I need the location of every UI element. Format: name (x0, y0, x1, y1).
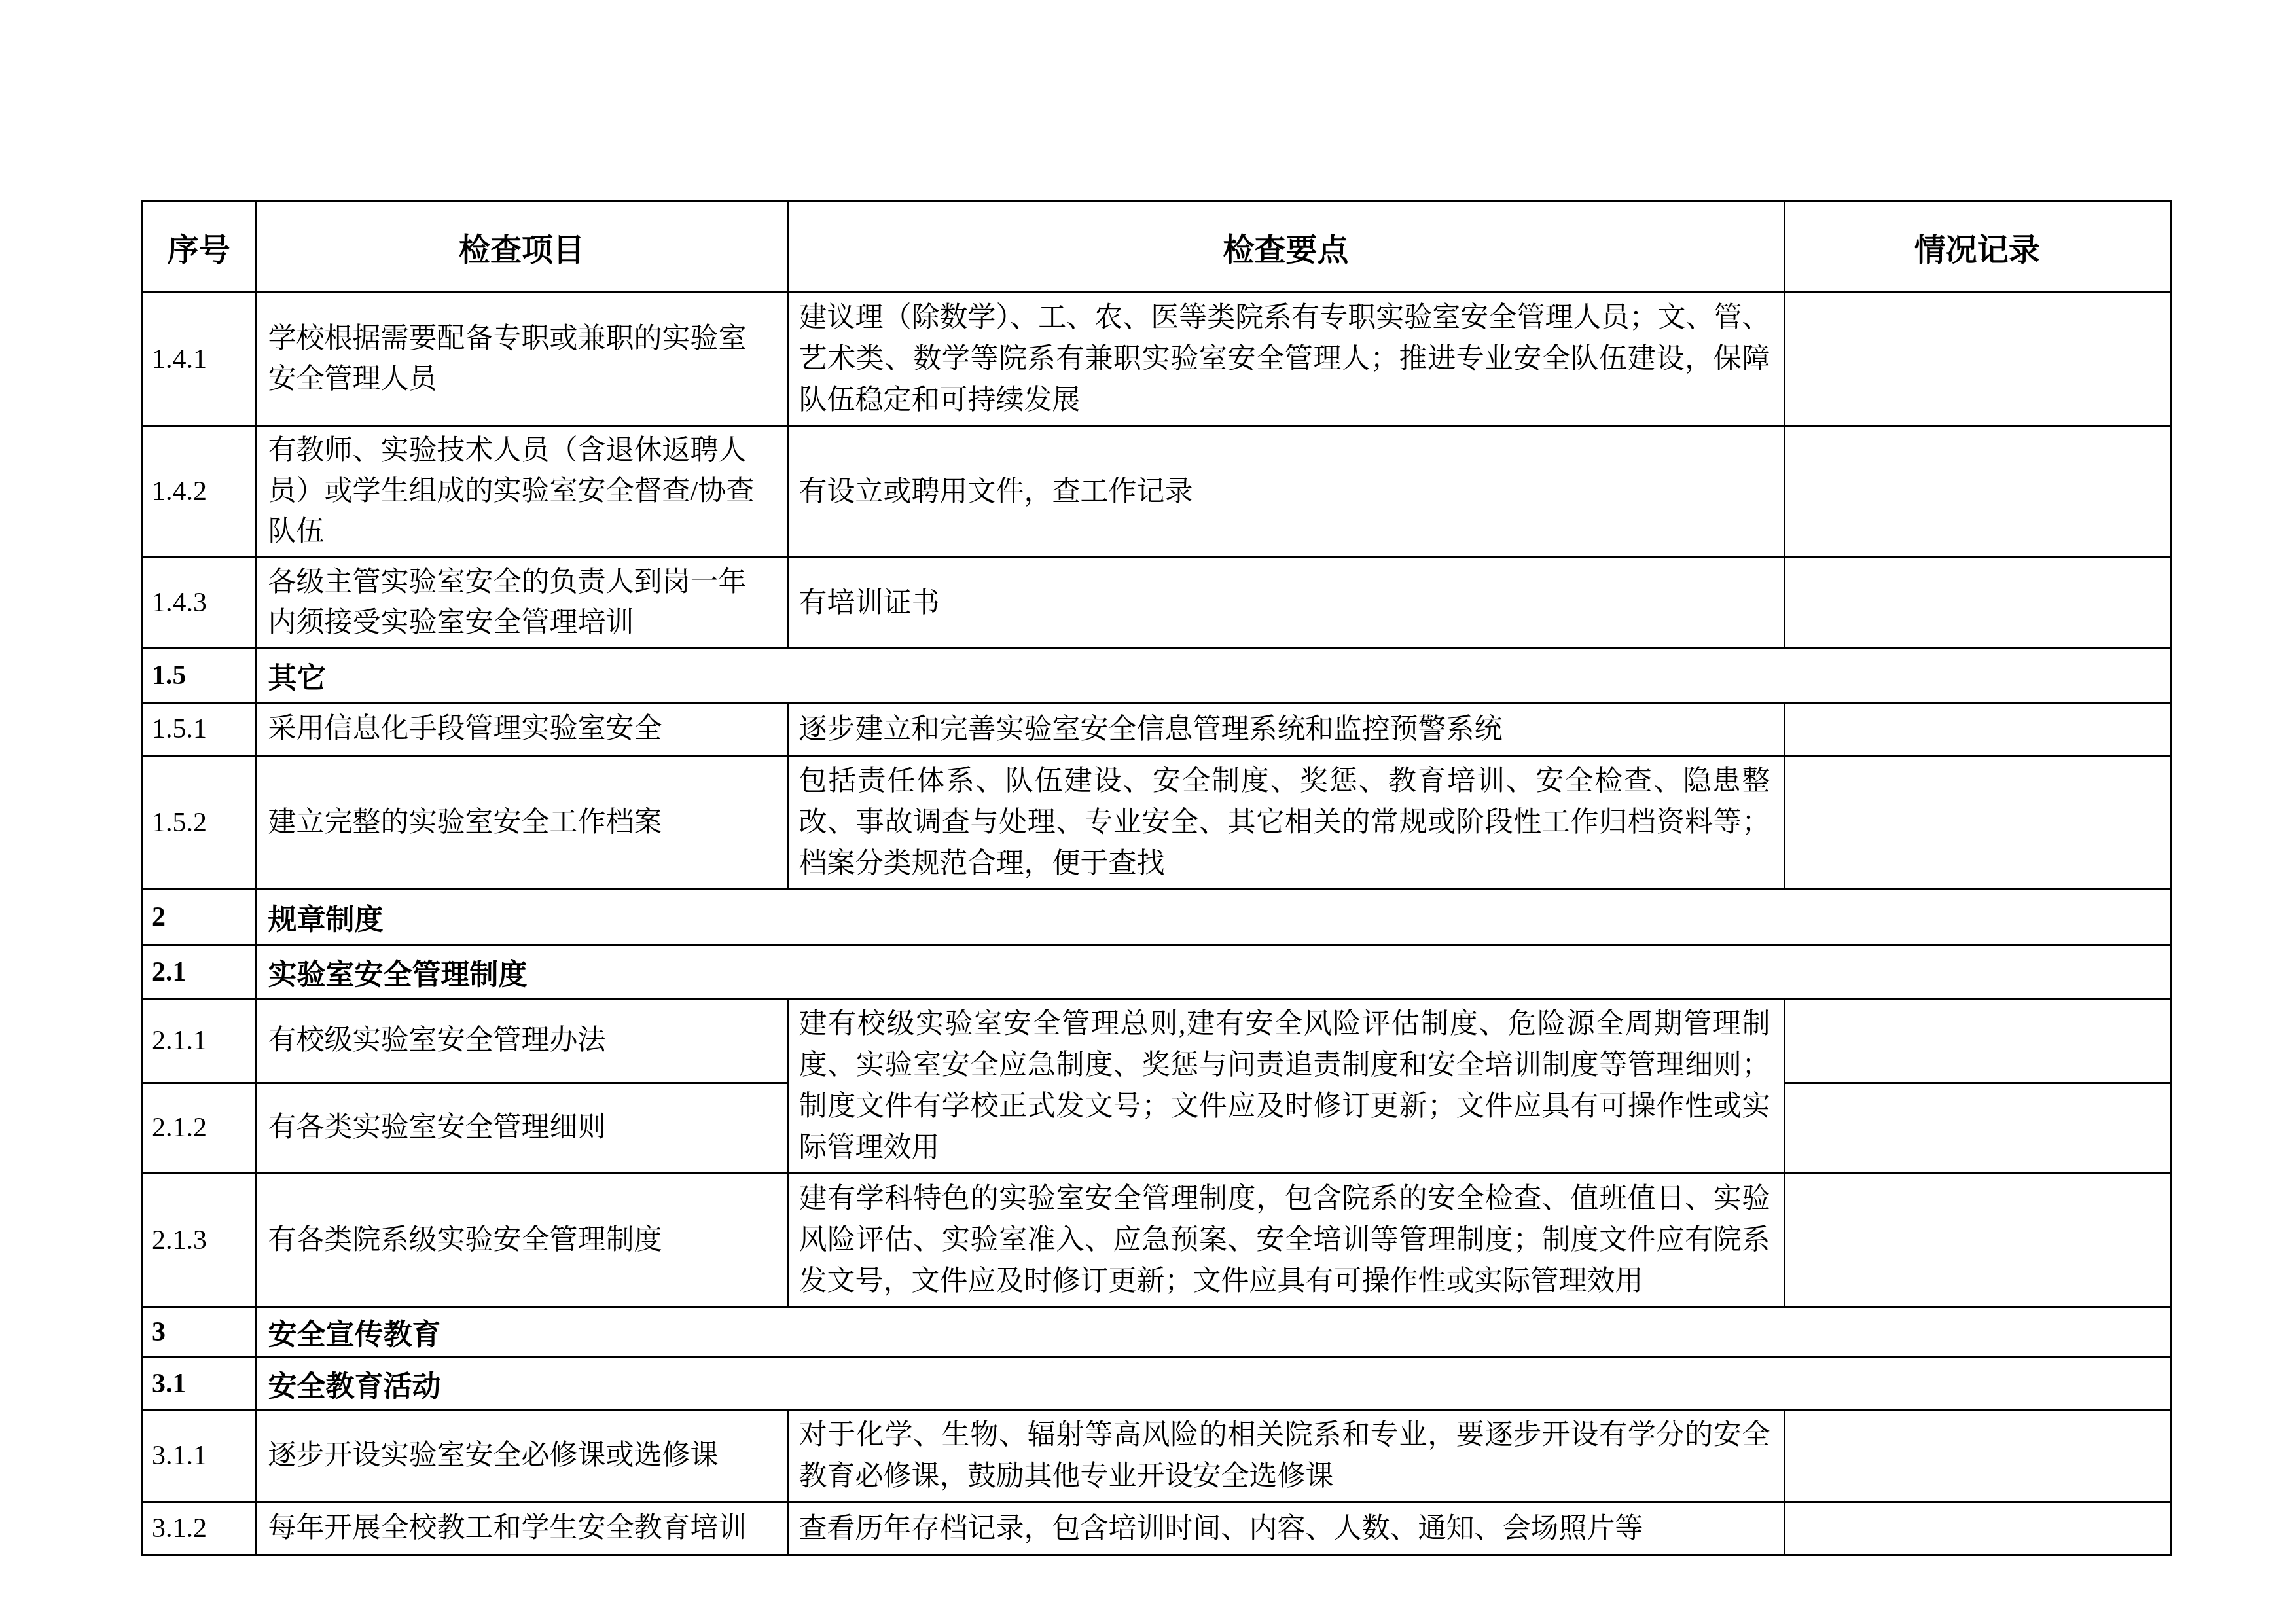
check-points-cell: 建有学科特色的实验室安全管理制度，包含院系的安全检查、值班值日、实验风险评估、实… (788, 1174, 1784, 1307)
table-row: 2.1.3 有各类院系级实验安全管理制度 建有学科特色的实验室安全管理制度，包含… (142, 1174, 2171, 1307)
document-page: { "table": { "columns": { "num": "序号", "… (0, 0, 2296, 1624)
row-number-cell: 2.1.3 (142, 1174, 256, 1307)
row-number-cell: 3.1.2 (142, 1502, 256, 1555)
row-number-cell: 3.1.1 (142, 1410, 256, 1502)
table-row: 1.4.2 有教师、实验技术人员（含退休返聘人员）或学生组成的实验室安全督查/协… (142, 426, 2171, 558)
section-row: 3.1 安全教育活动 (142, 1358, 2171, 1410)
section-row: 3 安全宣传教育 (142, 1307, 2171, 1358)
table-row: 1.5.2 建立完整的实验室安全工作档案 包括责任体系、队伍建设、安全制度、奖惩… (142, 756, 2171, 890)
check-points-cell: 逐步建立和完善实验室安全信息管理系统和监控预警系统 (788, 703, 1784, 756)
record-cell (1784, 558, 2171, 649)
column-header-item: 检查项目 (256, 202, 788, 293)
row-number-cell: 2.1.1 (142, 999, 256, 1083)
table-row: 1.5.1 采用信息化手段管理实验室安全 逐步建立和完善实验室安全信息管理系统和… (142, 703, 2171, 756)
row-number-cell: 1.5.1 (142, 703, 256, 756)
check-item-cell: 建立完整的实验室安全工作档案 (256, 756, 788, 890)
check-points-cell-merged: 建有校级实验室安全管理总则,建有安全风险评估制度、危险源全周期管理制度、实验室安… (788, 999, 1784, 1174)
column-header-record: 情况记录 (1784, 202, 2171, 293)
check-item-cell: 学校根据需要配备专职或兼职的实验室安全管理人员 (256, 293, 788, 426)
table-row: 1.4.1 学校根据需要配备专职或兼职的实验室安全管理人员 建议理（除数学）、工… (142, 293, 2171, 426)
check-item-cell: 采用信息化手段管理实验室安全 (256, 703, 788, 756)
check-points-cell: 有设立或聘用文件，查工作记录 (788, 426, 1784, 558)
record-cell (1784, 999, 2171, 1083)
section-number-cell: 2.1 (142, 945, 256, 999)
check-item-cell: 每年开展全校教工和学生安全教育培训 (256, 1502, 788, 1555)
section-number-cell: 3.1 (142, 1358, 256, 1410)
check-item-cell: 各级主管实验室安全的负责人到岗一年内须接受实验室安全管理培训 (256, 558, 788, 649)
check-points-cell: 包括责任体系、队伍建设、安全制度、奖惩、教育培训、安全检查、隐患整改、事故调查与… (788, 756, 1784, 890)
record-cell (1784, 293, 2171, 426)
record-cell (1784, 1502, 2171, 1555)
record-cell (1784, 703, 2171, 756)
section-number-cell: 1.5 (142, 649, 256, 703)
section-label-cell: 实验室安全管理制度 (256, 945, 2171, 999)
safety-checklist-table: 序号 检查项目 检查要点 情况记录 1.4.1 学校根据需要配备专职或兼职的实验… (141, 200, 2172, 1556)
section-row: 1.5 其它 (142, 649, 2171, 703)
table-row: 2.1.1 有校级实验室安全管理办法 建有校级实验室安全管理总则,建有安全风险评… (142, 999, 2171, 1083)
record-cell (1784, 756, 2171, 890)
column-header-points: 检查要点 (788, 202, 1784, 293)
header-row: 序号 检查项目 检查要点 情况记录 (142, 202, 2171, 293)
section-label-cell: 安全宣传教育 (256, 1307, 2171, 1358)
check-points-cell: 有培训证书 (788, 558, 1784, 649)
row-number-cell: 2.1.2 (142, 1083, 256, 1173)
check-points-cell: 建议理（除数学）、工、农、医等类院系有专职实验室安全管理人员；文、管、艺术类、数… (788, 293, 1784, 426)
table-row: 3.1.1 逐步开设实验室安全必修课或选修课 对于化学、生物、辐射等高风险的相关… (142, 1410, 2171, 1502)
section-label-cell: 其它 (256, 649, 2171, 703)
record-cell (1784, 1174, 2171, 1307)
section-label-cell: 安全教育活动 (256, 1358, 2171, 1410)
check-item-cell: 有各类实验室安全管理细则 (256, 1083, 788, 1173)
column-header-num: 序号 (142, 202, 256, 293)
row-number-cell: 1.4.3 (142, 558, 256, 649)
section-number-cell: 2 (142, 890, 256, 945)
record-cell (1784, 1083, 2171, 1173)
record-cell (1784, 1410, 2171, 1502)
section-row: 2 规章制度 (142, 890, 2171, 945)
table-row: 3.1.2 每年开展全校教工和学生安全教育培训 查看历年存档记录，包含培训时间、… (142, 1502, 2171, 1555)
check-points-cell: 对于化学、生物、辐射等高风险的相关院系和专业，要逐步开设有学分的安全教育必修课，… (788, 1410, 1784, 1502)
check-item-cell: 有教师、实验技术人员（含退休返聘人员）或学生组成的实验室安全督查/协查队伍 (256, 426, 788, 558)
record-cell (1784, 426, 2171, 558)
table-row: 1.4.3 各级主管实验室安全的负责人到岗一年内须接受实验室安全管理培训 有培训… (142, 558, 2171, 649)
checklist-sheet: 序号 检查项目 检查要点 情况记录 1.4.1 学校根据需要配备专职或兼职的实验… (141, 200, 2172, 1556)
section-row: 2.1 实验室安全管理制度 (142, 945, 2171, 999)
check-item-cell: 有各类院系级实验安全管理制度 (256, 1174, 788, 1307)
section-number-cell: 3 (142, 1307, 256, 1358)
row-number-cell: 1.4.2 (142, 426, 256, 558)
row-number-cell: 1.4.1 (142, 293, 256, 426)
row-number-cell: 1.5.2 (142, 756, 256, 890)
check-item-cell: 逐步开设实验室安全必修课或选修课 (256, 1410, 788, 1502)
section-label-cell: 规章制度 (256, 890, 2171, 945)
check-item-cell: 有校级实验室安全管理办法 (256, 999, 788, 1083)
check-points-cell: 查看历年存档记录，包含培训时间、内容、人数、通知、会场照片等 (788, 1502, 1784, 1555)
